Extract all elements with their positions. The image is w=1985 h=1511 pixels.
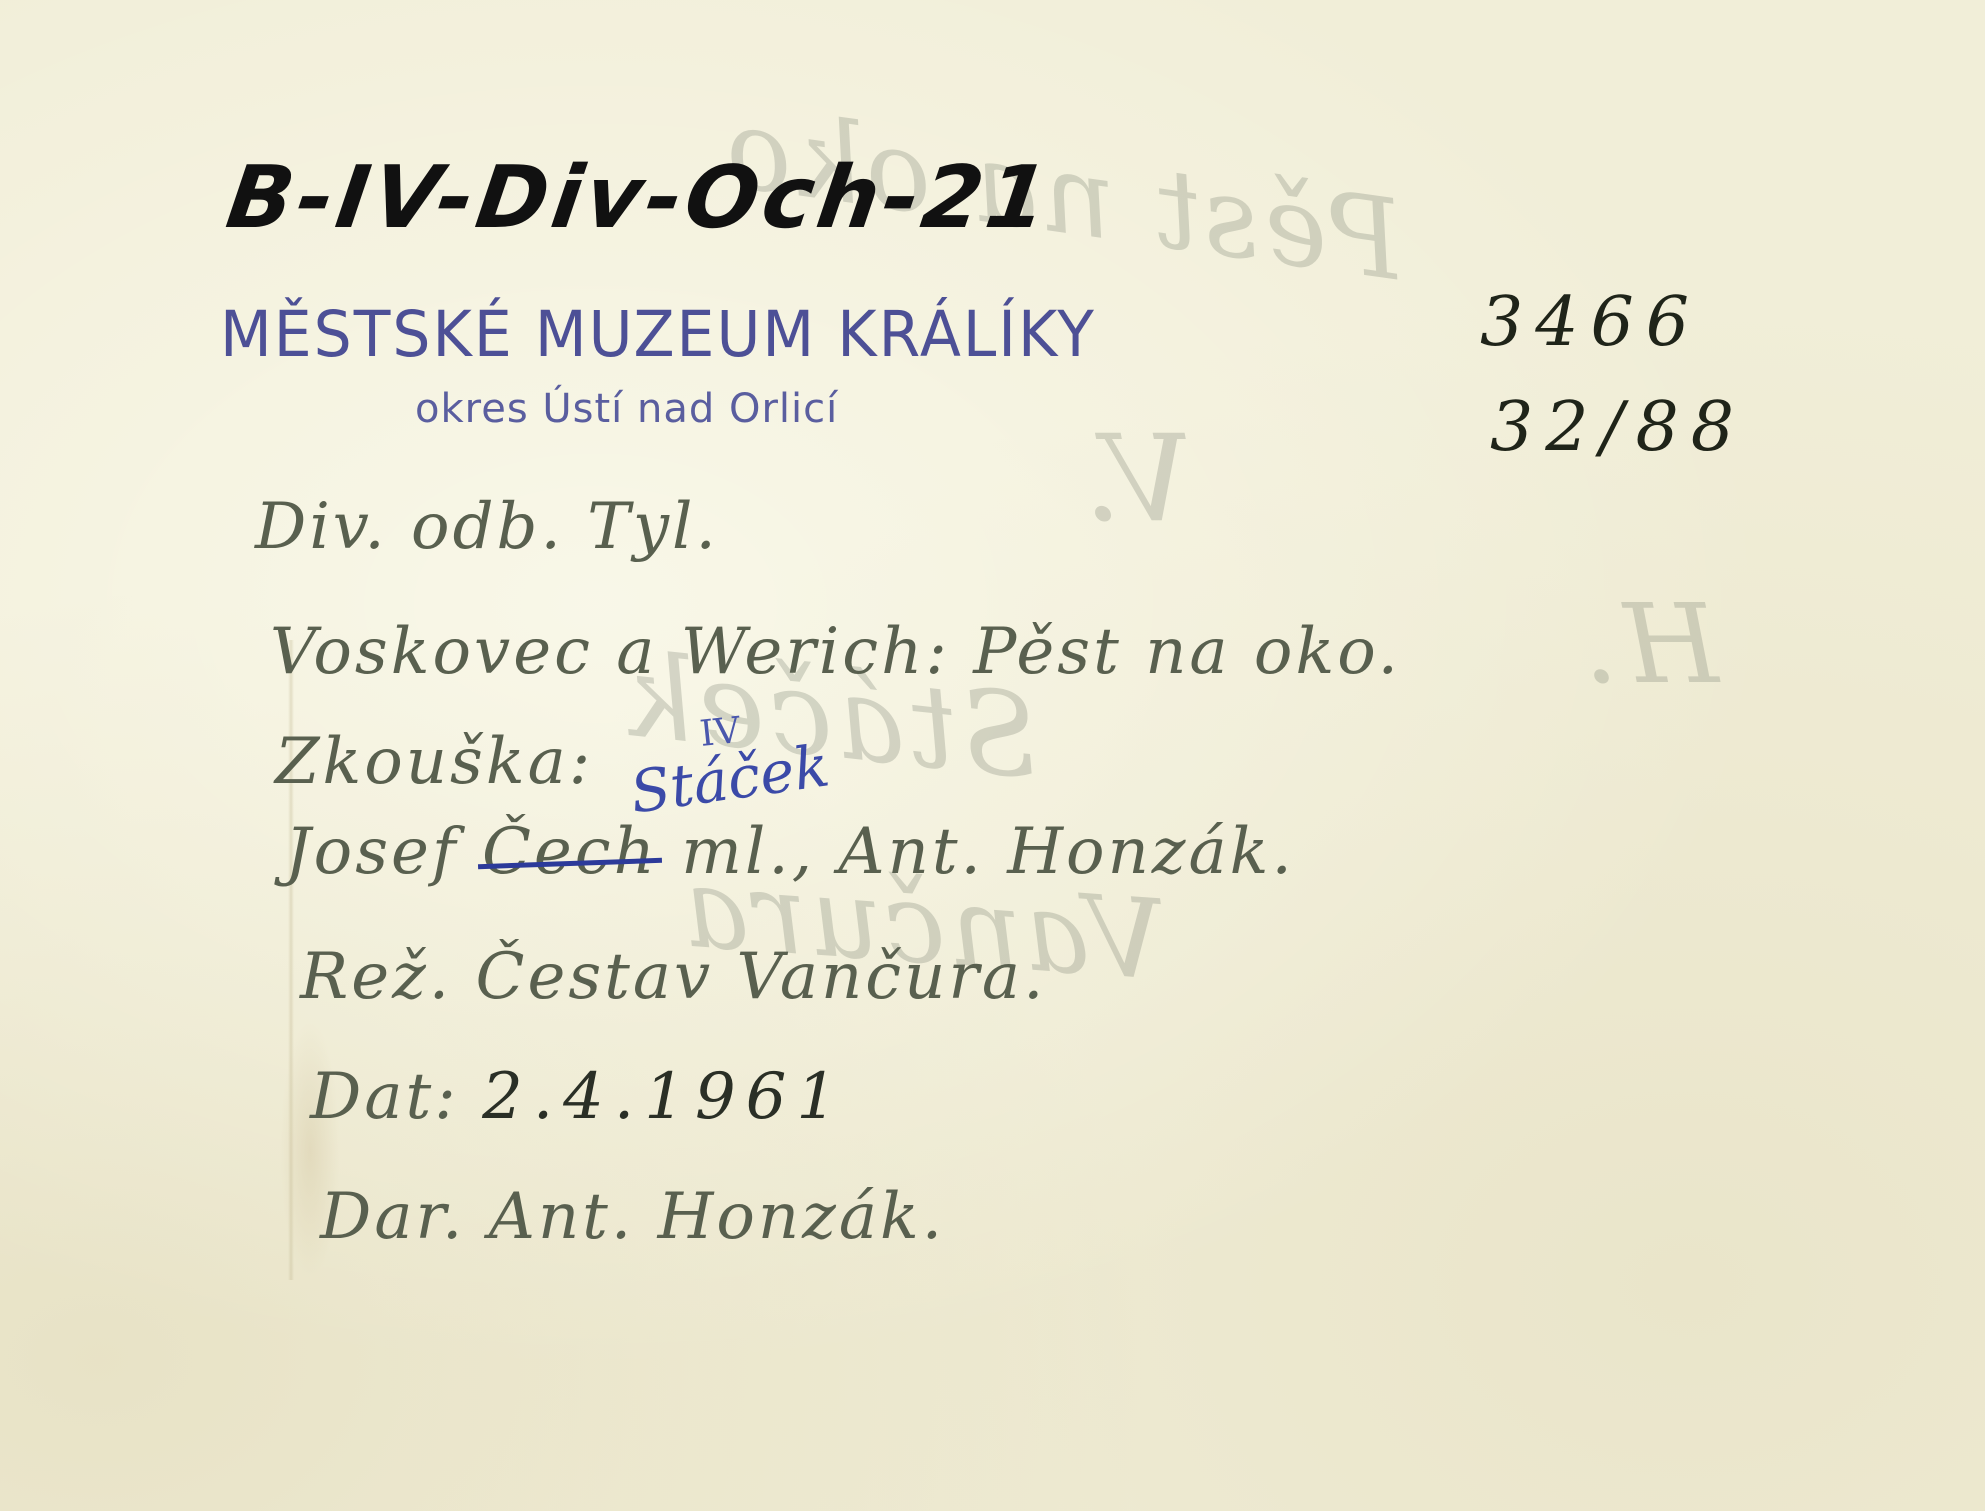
struck-name: Čech (482, 815, 658, 889)
stamp-subtitle: okres Ústí nad Orlicí (415, 386, 1096, 432)
inventory-number: 32/88 (1490, 375, 1746, 480)
inventory-numbers: 3466 32/88 (1480, 270, 1746, 480)
cast-prefix: Josef (285, 815, 482, 889)
show-through-text: V. (1080, 410, 1192, 549)
handwritten-line-rehearsal: Zkouška: (275, 725, 593, 799)
inventory-number: 3466 (1480, 270, 1746, 375)
handwritten-line-cast: Josef Čech ml., Ant. Honzák. (285, 815, 1295, 889)
handwritten-line-donor: Dar. Ant. Honzák. (320, 1180, 945, 1254)
cast-suffix: ml., Ant. Honzák. (658, 815, 1295, 889)
stamp-title: MĚSTSKÉ MUZEUM KRÁLÍKY (220, 298, 1096, 372)
museum-stamp: MĚSTSKÉ MUZEUM KRÁLÍKY okres Ústí nad Or… (220, 300, 1096, 432)
date-value: 2.4.1961 (482, 1060, 847, 1134)
show-through-text: H. (1580, 580, 1719, 708)
date-label: Dat: (310, 1060, 482, 1134)
document-paper: Pěst na oko V. Stáček Vančura H. B-IV-Di… (0, 0, 1985, 1511)
handwritten-line-director: Rež. Čestav Vančura. (300, 940, 1046, 1014)
handwritten-line-play: Voskovec a Werich: Pěst na oko. (270, 615, 1401, 689)
archive-code: B-IV-Div-Och-21 (221, 148, 1058, 248)
handwritten-line-date: Dat: 2.4.1961 (310, 1060, 847, 1134)
handwritten-line-theatre: Div. odb. Tyl. (255, 490, 719, 564)
